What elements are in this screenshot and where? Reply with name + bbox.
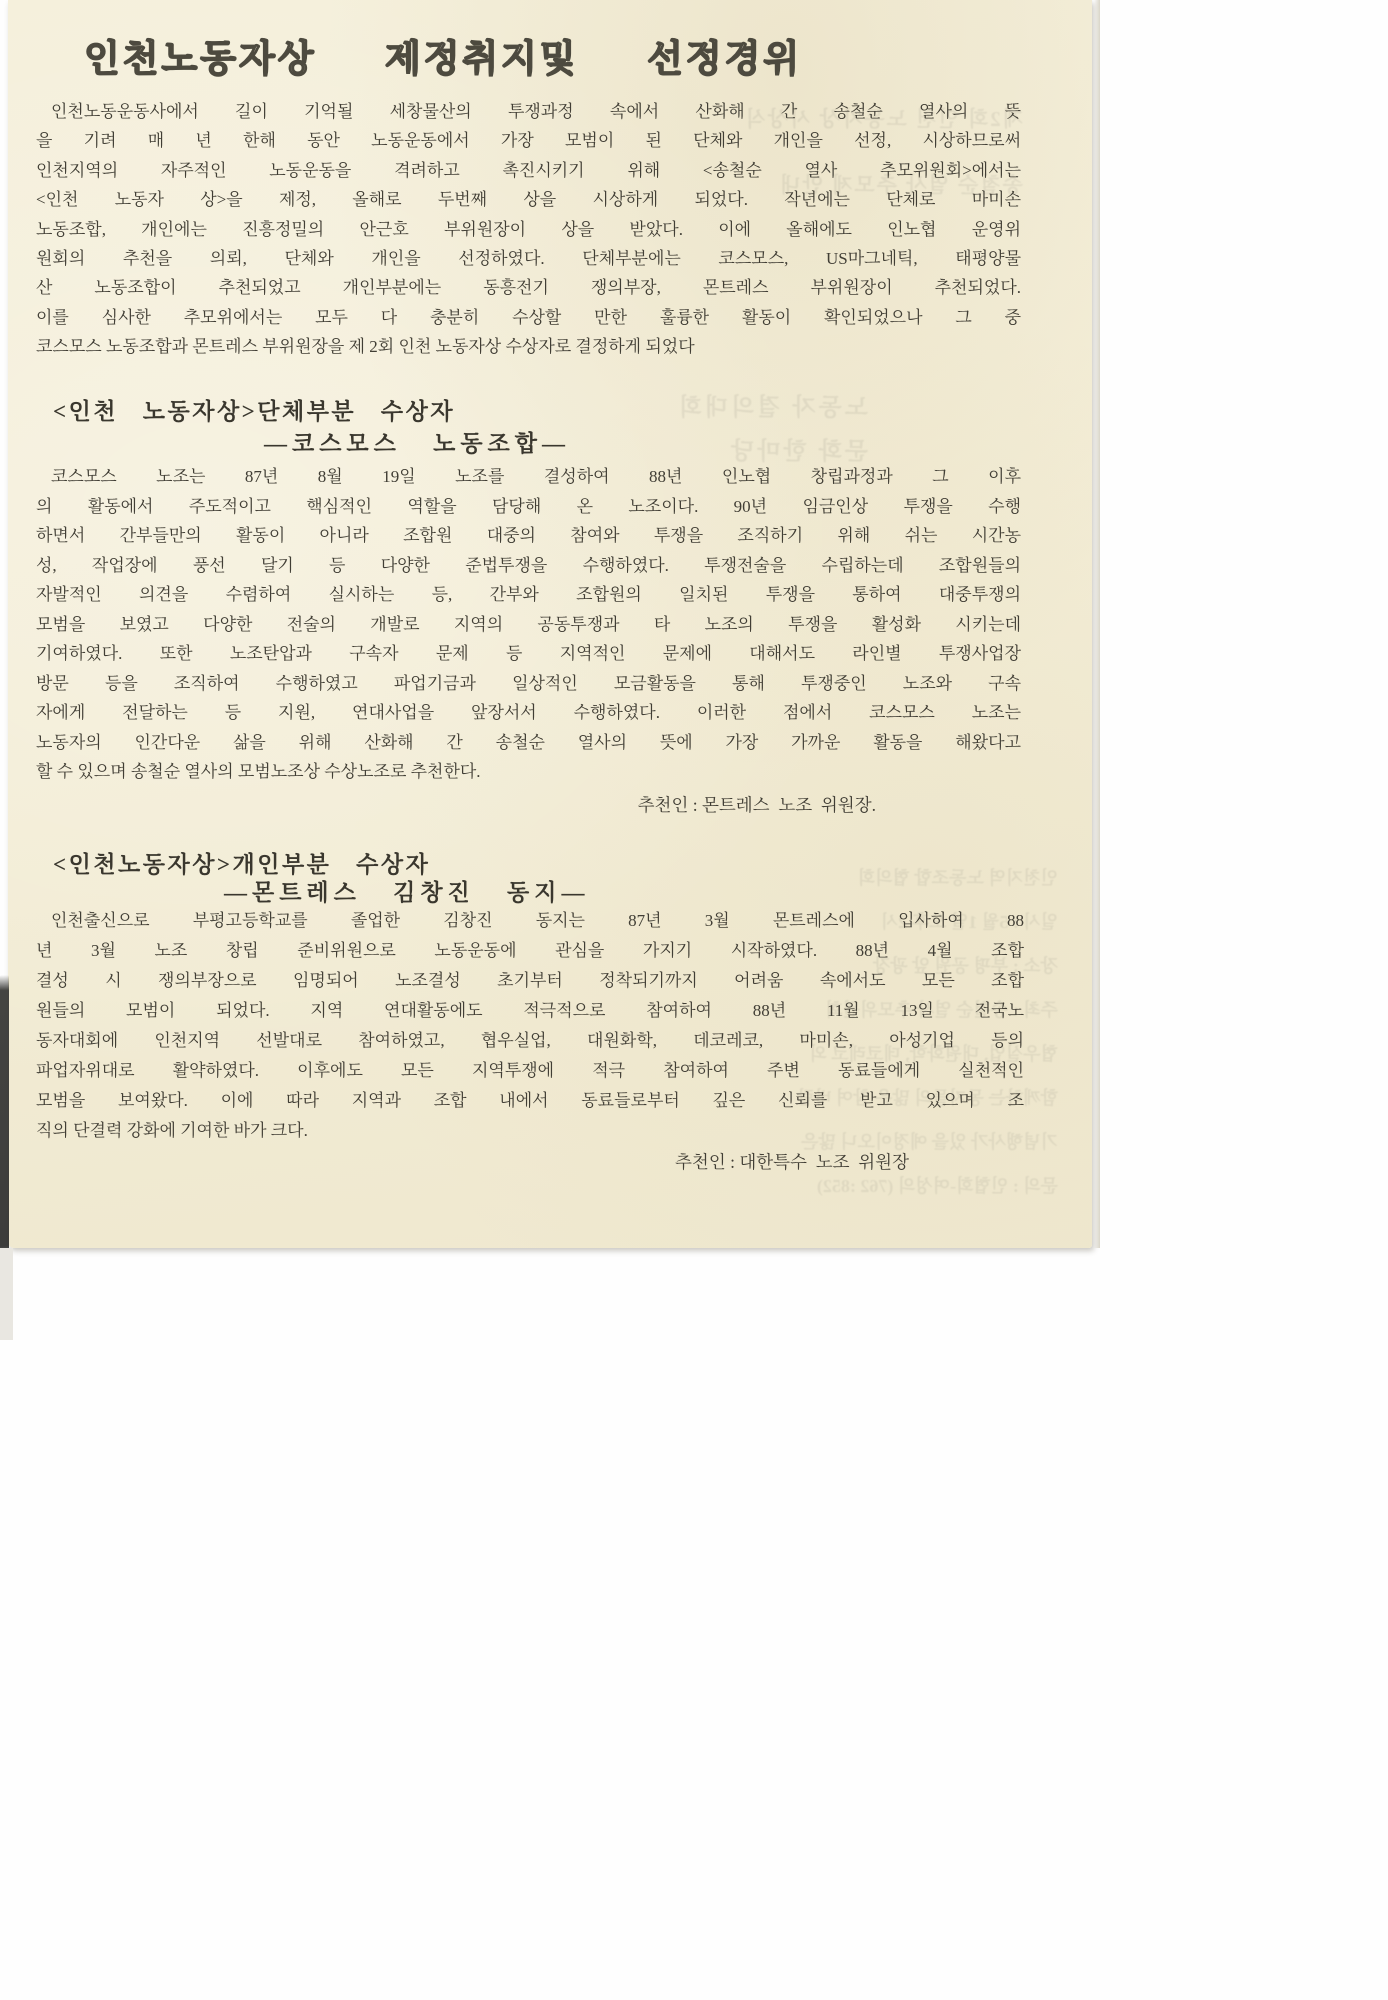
text-line: 자발적인 의견을 수렴하여 실시하는 등, 간부와 조합원의 일치된 투쟁을 통… [36,580,1021,610]
text-line: 모범을 보였고 다양한 전술의 개발로 지역의 공동투쟁과 타 노조의 투쟁을 … [36,610,1021,640]
section2-subheading: ―몬트레스 김창진 동지― [224,874,589,907]
scanner-edge-shadow [0,975,9,1283]
document-title: 인천노동자상 제정취지및 선정경위 [84,28,802,82]
text-line: 년 3월 노조 창립 준비위원으로 노동운동에 관심을 가지기 시작하였다. 8… [36,936,1024,966]
text-line: 인천지역의 자주적인 노동운동을 격려하고 촉진시키기 위해 <송철순 열사 추… [36,156,1021,185]
scanner-edge-strip [0,1248,13,1340]
text-line: 방문 등을 조직하여 수행하였고 파업기금과 일상적인 모금활동을 통해 투쟁중… [36,669,1021,699]
text-line: 코스모스 노동조합과 몬트레스 부위원장을 제 2회 인천 노동자상 수상자로 … [36,332,1021,361]
text-line: <인천 노동자 상>을 제정, 올해로 두번째 상을 시상하게 되었다. 작년에… [36,185,1021,214]
intro-paragraph: 인천노동운동사에서 길이 기억될 세창물산의 투쟁과정 속에서 산화해 간 송철… [36,97,1021,362]
text-line: 직의 단결력 강화에 기여한 바가 크다. [36,1116,1024,1146]
section2-recommender: 추천인 : 대한특수 노조 위원장 [36,1149,1021,1174]
text-line: 인천출신으로 부평고등학교를 졸업한 김창진 동지는 87년 3월 몬트레스에 … [36,906,1024,936]
document-paper: 제2회 인천 노동자상 시상식송철순 열사 추모제 안내 노동자 결의대회문화 … [8,0,1092,1248]
text-line: 이를 심사한 추모위에서는 모두 다 충분히 수상할 만한 훌륭한 활동이 확인… [36,303,1021,332]
section1-subheading: ―코스모스 노동조합― [264,425,570,458]
text-line: 성, 작업장에 풍선 달기 등 다양한 준법투쟁을 수행하였다. 투쟁전술을 수… [36,551,1021,581]
paper-edge-shade [1094,0,1100,1248]
text-line: 파업자위대로 활약하였다. 이후에도 모든 지역투쟁에 적극 참여하여 주변 동… [36,1056,1024,1086]
scan-background: 제2회 인천 노동자상 시상식송철순 열사 추모제 안내 노동자 결의대회문화 … [0,0,1388,2000]
text-line: 코스모스 노조는 87년 8월 19일 노조를 결성하여 88년 인노협 창립과… [36,462,1021,492]
section2-paragraph: 인천출신으로 부평고등학교를 졸업한 김창진 동지는 87년 3월 몬트레스에 … [36,906,1024,1146]
section1-paragraph: 코스모스 노조는 87년 8월 19일 노조를 결성하여 88년 인노협 창립과… [36,462,1021,787]
text-line: 하면서 간부들만의 활동이 아니라 조합원 대중의 참여와 투쟁을 조직하기 위… [36,521,1021,551]
text-line: 을 기려 매 년 한해 동안 노동운동에서 가장 모범이 된 단체와 개인을 선… [36,126,1021,155]
text-line: 노동자의 인간다운 삶을 위해 산화해 간 송철순 열사의 뜻에 가장 가까운 … [36,728,1021,758]
text-line: 동자대회에 인천지역 선발대로 참여하였고, 협우실업, 대원화학, 데코레코,… [36,1026,1024,1056]
text-line: 원들의 모범이 되었다. 지역 연대활동에도 적극적으로 참여하여 88년 11… [36,996,1024,1026]
text-line: 모범을 보여왔다. 이에 따라 지역과 조합 내에서 동료들로부터 깊은 신뢰를… [36,1086,1024,1116]
text-line: 자에게 전달하는 등 지원, 연대사업을 앞장서서 수행하였다. 이러한 점에서… [36,698,1021,728]
text-line: 의 활동에서 주도적이고 핵심적인 역할을 담당해 온 노조이다. 90년 임금… [36,492,1021,522]
bleed-through-line: 노동자 결의대회 [438,386,868,430]
section1-recommender: 추천인 : 몬트레스 노조 위원장. [36,792,1021,817]
text-line: 결성 시 쟁의부장으로 임명되어 노조결성 초기부터 정착되기까지 어려움 속에… [36,966,1024,996]
text-line: 원회의 추천을 의뢰, 단체와 개인을 선정하였다. 단체부분에는 코스모스, … [36,244,1021,273]
text-line: 기여하였다. 또한 노조탄압과 구속자 문제 등 지역적인 문제에 대해서도 라… [36,639,1021,669]
text-line: 산 노동조합이 추천되었고 개인부분에는 동흥전기 쟁의부장, 몬트레스 부위원… [36,273,1021,302]
text-line: 할 수 있으며 송철순 열사의 모범노조상 수상노조로 추천한다. [36,757,1021,787]
section1-heading: <인천 노동자상>단체부분 수상자 [53,393,455,426]
text-line: 노동조합, 개인에는 진흥정밀의 안근호 부위원장이 상을 받았다. 이에 올해… [36,215,1021,244]
text-line: 인천노동운동사에서 길이 기억될 세창물산의 투쟁과정 속에서 산화해 간 송철… [36,97,1021,126]
